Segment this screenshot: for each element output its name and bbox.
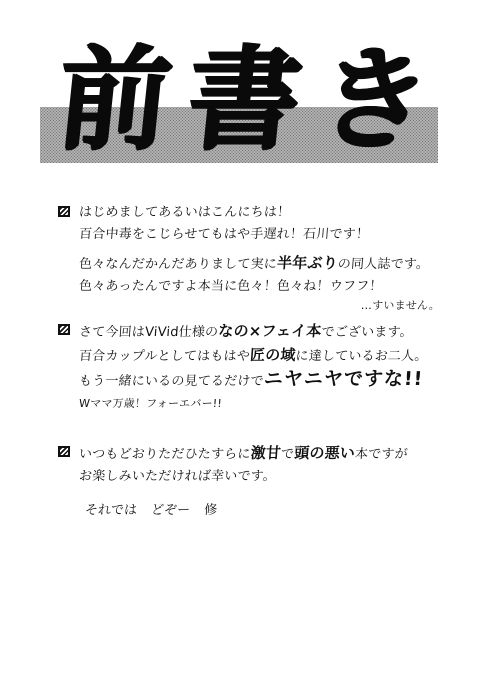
text-segment: はじめましてあるいはこんにちは！: [79, 205, 291, 220]
text-line: はじめましてあるいはこんにちは！: [78, 202, 459, 224]
text-line: 色々あったんですよ本当に色々！色々ね！ウフフ！: [78, 276, 459, 298]
text-line: Wママ万歳！フォーエバー!!: [78, 393, 459, 415]
text-segment: に達しているお二人。: [295, 349, 428, 364]
text-segment: …すいません。: [361, 299, 441, 312]
text-segment: でございます。: [321, 325, 413, 340]
text-segment: さて今回はViVid仕様の: [78, 325, 218, 340]
text-segment: 百合カップルとしてはもはや: [78, 349, 250, 364]
emphasis-text: ニヤニヤですな!!: [263, 368, 424, 390]
emphasis-text: 匠の域: [249, 346, 296, 364]
hatched-square-icon: [58, 446, 70, 457]
section-lines: はじめましてあるいはこんにちは！ 百合中毒をこじらせてもはや手遅れ！石川です！ …: [79, 202, 458, 314]
sign-off-text: それでは: [85, 503, 138, 518]
emphasis-text: 半年ぶり: [276, 254, 338, 272]
hatched-square-icon: [58, 324, 70, 335]
text-segment: 百合中毒をこじらせてもはや手遅れ！石川です！: [79, 227, 370, 242]
section-book-intro: さて今回はViVid仕様のなの×フェイ本でございます。 百合カップルとしてはもは…: [58, 320, 458, 415]
sign-off: それではどぞー修: [84, 500, 218, 522]
text-segment: 色々なんだかんだありまして実に: [78, 257, 277, 272]
text-line: …すいません。: [78, 298, 458, 314]
section-lines: さて今回はViVid仕様のなの×フェイ本でございます。 百合カップルとしてはもは…: [79, 320, 458, 415]
sign-off-text: どぞー: [151, 503, 191, 518]
text-segment: Wママ万歳！フォーエバー!!: [79, 397, 223, 410]
text-segment: の同人誌です。: [337, 257, 429, 272]
text-line: 色々なんだかんだありまして実に半年ぶりの同人誌です。: [78, 252, 459, 276]
hatched-square-icon: [58, 206, 70, 217]
text-segment: いつもどおりただひたすらに: [78, 447, 251, 462]
emphasis-text: 激甘: [250, 444, 282, 462]
text-line: もう一緒にいるの見てるだけでニヤニヤですな!!: [78, 368, 459, 393]
title-char: 書: [182, 44, 314, 156]
emphasis-text: なの×フェイ本: [218, 322, 322, 340]
section-lines: いつもどおりただひたすらに激甘で頭の悪い本ですが お楽しみいただければ幸いです。: [79, 442, 458, 488]
section-closing-note: いつもどおりただひたすらに激甘で頭の悪い本ですが お楽しみいただければ幸いです。: [58, 442, 458, 488]
text-line: 百合カップルとしてはもはや匠の域に達しているお二人。: [78, 344, 459, 368]
section-greeting: はじめましてあるいはこんにちは！ 百合中毒をこじらせてもはや手遅れ！石川です！ …: [58, 202, 458, 314]
emphasis-text: 頭の悪い: [294, 444, 356, 462]
text-segment: 色々あったんですよ本当に色々！色々ね！ウフフ！: [79, 279, 384, 294]
preface-page: 前 書 き はじめましてあるいはこんにちは！ 百合中毒をこじらせてもはや手遅れ！…: [0, 0, 480, 685]
author-signature: 修: [204, 503, 218, 518]
text-line: お楽しみいただければ幸いです。: [78, 466, 459, 488]
text-segment: お楽しみいただければ幸いです。: [79, 469, 277, 484]
title-char: き: [312, 44, 444, 156]
text-segment: 本ですが: [354, 447, 408, 462]
text-line: 百合中毒をこじらせてもはや手遅れ！石川です！: [78, 224, 459, 246]
title-char: 前: [52, 44, 184, 156]
text-segment: もう一緒にいるの見てるだけで: [78, 374, 264, 389]
text-line: さて今回はViVid仕様のなの×フェイ本でございます。: [78, 320, 459, 344]
page-title: 前 書 き: [51, 30, 446, 170]
text-line: いつもどおりただひたすらに激甘で頭の悪い本ですが: [78, 442, 459, 466]
